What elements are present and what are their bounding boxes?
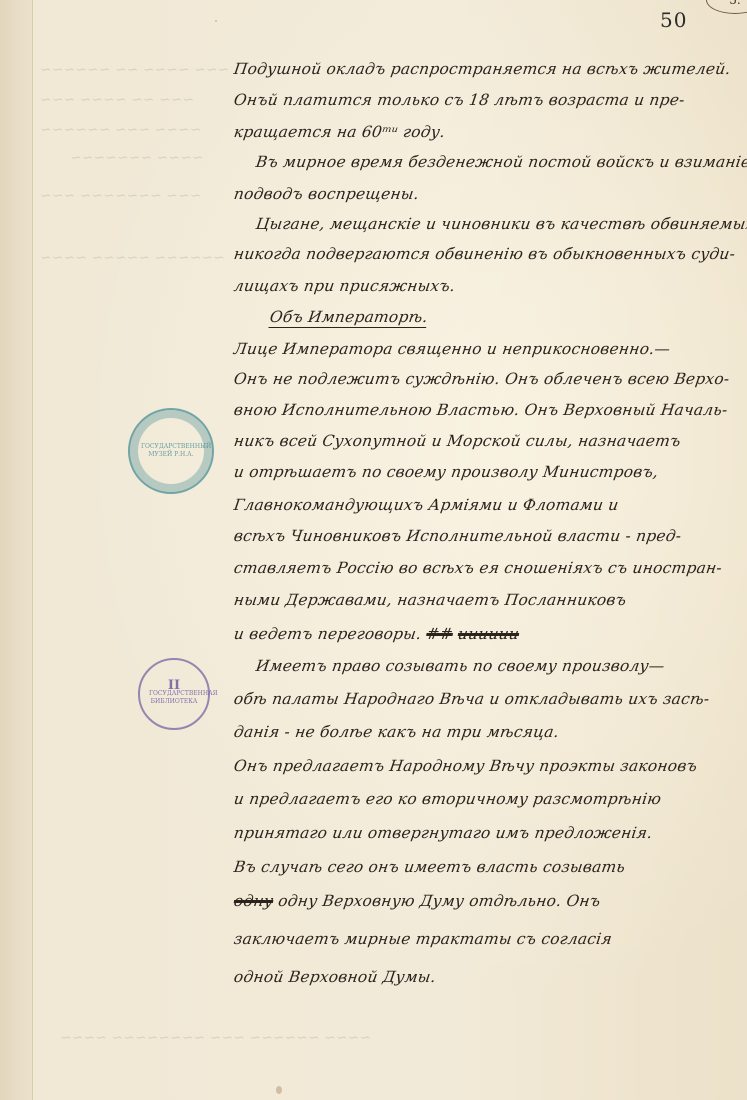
struck-out-word: ииииии — [457, 625, 521, 643]
text-line: лищахъ при присяжныхъ. — [233, 277, 457, 295]
text-line: и отрѣшаетъ по своему произволу Министро… — [233, 463, 660, 481]
bleed-through-text: ~~~ ~~ ~~~~ ~~~ — [39, 92, 195, 108]
text-line: кращается на 60ᵐᵘ году. — [233, 123, 447, 141]
bleed-through-text: ~~~~~~ ~~~~~ ~~~~ — [39, 250, 226, 266]
text-line: Подушной окладъ распространяется на всѣх… — [233, 60, 732, 78]
text-fragment: одну Верховную Думу отдѣльно. Онъ — [277, 892, 602, 910]
text-line: вною Исполнительною Властью. Онъ Верховн… — [233, 401, 729, 419]
text-line: никъ всей Сухопутной и Морской силы, наз… — [233, 432, 682, 450]
text-line: Лице Императора священно и неприкосновен… — [233, 340, 672, 358]
bleed-through-text: ~~~~ ~~~ ~~~~~~ — [39, 122, 203, 138]
struck-out-word: ## — [425, 625, 454, 643]
stamp-text: II ГОСУДАРСТВЕННАЯ БИБЛИОТЕКА — [149, 682, 199, 706]
folio-circle-mark: 5. — [706, 0, 747, 14]
struck-out-word: одну — [233, 892, 275, 910]
purple-library-stamp: II ГОСУДАРСТВЕННАЯ БИБЛИОТЕКА — [138, 658, 210, 730]
text-line: Онъй платится только съ 18 лѣтъ возраста… — [233, 91, 686, 109]
text-line: Онъ не подлежитъ суждѣнію. Онъ облеченъ … — [233, 370, 731, 388]
stamp-mark: II — [149, 682, 199, 690]
stamp-label: ГОСУДАРСТВЕННАЯ БИБЛИОТЕКА — [149, 690, 218, 705]
text-line: ставляетъ Россію во всѣхъ ея сношеніяхъ … — [233, 559, 723, 577]
bleed-through-text: ~~~ ~~~~~~~ ~~~ — [39, 188, 203, 204]
text-line: заключаетъ мирные трактаты съ согласія — [233, 930, 613, 948]
bleed-through-text: ~~~~ ~~~~~~ ~~~ ~~~~~~~~ ~~~~ — [59, 1030, 372, 1046]
text-line: обѣ палаты Народнаго Вѣча и откладывать … — [233, 690, 711, 708]
text-line: ными Державами, назначаетъ Посланниковъ — [233, 591, 628, 609]
text-line: Онъ предлагаетъ Народному Вѣчу проэкты з… — [233, 757, 699, 775]
text-line-with-strikeout: и ведетъ переговоры. ## ииииии — [233, 625, 521, 643]
paper-stain — [215, 20, 217, 22]
text-line: никогда подвергаются обвиненію въ обыкно… — [233, 245, 737, 263]
bleed-through-text: ~~~~ ~~~~~~~ — [69, 150, 205, 166]
text-line: Цыгане, мещанскіе и чиновники въ качеств… — [255, 215, 747, 233]
text-line: Въ случаѣ сего онъ имеетъ власть созыват… — [233, 858, 627, 876]
text-line: Имеетъ право созывать по своему произвол… — [255, 657, 666, 675]
text-line: данія - не болѣе какъ на три мѣсяца. — [233, 723, 560, 741]
text-line: подводъ воспрещены. — [233, 185, 420, 203]
folio-number: 50 — [660, 8, 687, 32]
text-line: Главнокомандующихъ Арміями и Флотами и — [233, 496, 620, 514]
text-fragment: и ведетъ переговоры. — [233, 625, 423, 643]
manuscript-page: 5. 50 ~~~ ~~~~ ~~ ~~~~~~ ~~~ ~~ ~~~~ ~~~… — [0, 0, 747, 1100]
paper-stain — [276, 1086, 282, 1094]
text-line: всѣхъ Чиновниковъ Исполнительной власти … — [233, 527, 683, 545]
blue-archive-stamp: ГОСУДАРСТВЕННЫЙ МУЗЕЙ Р.Н.А. — [128, 408, 214, 494]
text-line-with-strikeout: одну одну Верховную Думу отдѣльно. Онъ — [233, 892, 602, 910]
stamp-text: ГОСУДАРСТВЕННЫЙ МУЗЕЙ Р.Н.А. — [141, 443, 201, 459]
section-heading: Объ Императорѣ. — [269, 308, 429, 326]
text-line: и предлагаетъ его ко вторичному разсмотр… — [233, 790, 663, 808]
text-line: принятаго или отвергнутаго имъ предложен… — [233, 824, 654, 842]
text-line: одной Верховной Думы. — [233, 968, 437, 986]
text-line: Въ мирное время безденежной постой войск… — [255, 153, 747, 171]
binding-edge — [0, 0, 33, 1100]
bleed-through-text: ~~~ ~~~~ ~~ ~~~~~~ — [39, 62, 231, 78]
